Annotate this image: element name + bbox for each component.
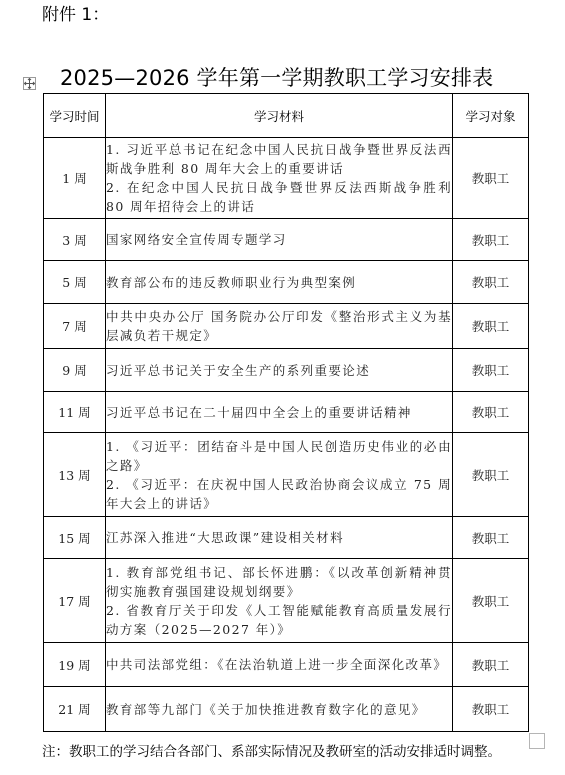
study-target: 教职工: [453, 138, 529, 219]
document-title: 2025—2026 学年第一学期教职工学习安排表: [60, 62, 530, 94]
study-week: 5 周: [44, 261, 106, 304]
header-study-materials: 学习材料: [106, 94, 453, 138]
study-materials: 教育部等九部门《关于加快推进教育数字化的意见》: [106, 687, 453, 732]
study-week: 19 周: [44, 643, 106, 687]
study-materials: 习近平总书记关于安全生产的系列重要论述: [106, 349, 453, 392]
table-row: 13 周1. 《习近平：团结奋斗是中国人民创造历史伟业的必由之路》2. 《习近平…: [44, 433, 529, 517]
material-item: 教育部等九部门《关于加快推进教育数字化的意见》: [106, 700, 452, 719]
paragraph-end-marker-icon: [529, 733, 545, 749]
study-materials: 1. 习近平总书记在纪念中国人民抗日战争暨世界反法西斯战争胜利 80 周年大会上…: [106, 138, 453, 219]
table-row: 1 周1. 习近平总书记在纪念中国人民抗日战争暨世界反法西斯战争胜利 80 周年…: [44, 138, 529, 219]
study-target: 教职工: [453, 643, 529, 687]
material-item: 2. 《习近平：在庆祝中国人民政治协商会议成立 75 周年大会上的讲话》: [106, 475, 452, 513]
study-target: 教职工: [453, 219, 529, 261]
material-item: 1. 习近平总书记在纪念中国人民抗日战争暨世界反法西斯战争胜利 80 周年大会上…: [106, 140, 452, 178]
study-target: 教职工: [453, 517, 529, 559]
material-item: 1. 教育部党组书记、部长怀进鹏：《以改革创新精神贯彻实施教育强国建设规划纲要》: [106, 563, 452, 601]
material-item: 习近平总书记在二十届四中全会上的重要讲话精神: [106, 403, 452, 422]
table-row: 19 周中共司法部党组：《在法治轨道上进一步全面深化改革》教职工: [44, 643, 529, 687]
table-row: 5 周教育部公布的违反教师职业行为典型案例教职工: [44, 261, 529, 304]
study-week: 7 周: [44, 304, 106, 349]
footnote: 注：教职工的学习结合各部门、系部实际情况及教研室的活动安排适时调整。: [42, 741, 501, 763]
table-row: 11 周习近平总书记在二十届四中全会上的重要讲话精神教职工: [44, 392, 529, 433]
study-materials: 教育部公布的违反教师职业行为典型案例: [106, 261, 453, 304]
study-week: 13 周: [44, 433, 106, 517]
study-materials: 江苏深入推进“大思政课”建设相关材料: [106, 517, 453, 559]
study-week: 17 周: [44, 559, 106, 643]
table-row: 21 周教育部等九部门《关于加快推进教育数字化的意见》教职工: [44, 687, 529, 732]
study-target: 教职工: [453, 392, 529, 433]
header-study-target: 学习对象: [453, 94, 529, 138]
material-item: 教育部公布的违反教师职业行为典型案例: [106, 273, 452, 292]
study-target: 教职工: [453, 687, 529, 732]
material-item: 中共司法部党组：《在法治轨道上进一步全面深化改革》: [106, 655, 452, 674]
study-week: 1 周: [44, 138, 106, 219]
study-week: 15 周: [44, 517, 106, 559]
study-target: 教职工: [453, 349, 529, 392]
study-target: 教职工: [453, 304, 529, 349]
table-row: 17 周1. 教育部党组书记、部长怀进鹏：《以改革创新精神贯彻实施教育强国建设规…: [44, 559, 529, 643]
material-item: 国家网络安全宣传周专题学习: [106, 230, 452, 249]
study-target: 教职工: [453, 433, 529, 517]
study-materials: 国家网络安全宣传周专题学习: [106, 219, 453, 261]
study-week: 9 周: [44, 349, 106, 392]
study-target: 教职工: [453, 559, 529, 643]
table-row: 15 周江苏深入推进“大思政课”建设相关材料教职工: [44, 517, 529, 559]
table-header-row: 学习时间 学习材料 学习对象: [44, 94, 529, 138]
schedule-table: 学习时间 学习材料 学习对象 1 周1. 习近平总书记在纪念中国人民抗日战争暨世…: [43, 93, 529, 732]
study-materials: 中共中央办公厅 国务院办公厅印发《整治形式主义为基层减负若干规定》: [106, 304, 453, 349]
study-materials: 1. 《习近平：团结奋斗是中国人民创造历史伟业的必由之路》2. 《习近平：在庆祝…: [106, 433, 453, 517]
material-item: 中共中央办公厅 国务院办公厅印发《整治形式主义为基层减负若干规定》: [106, 307, 452, 345]
material-item: 2. 在纪念中国人民抗日战争暨世界反法西斯战争胜利 80 周年招待会上的讲话: [106, 178, 452, 216]
study-week: 21 周: [44, 687, 106, 732]
header-study-time: 学习时间: [44, 94, 106, 138]
study-week: 11 周: [44, 392, 106, 433]
table-row: 7 周中共中央办公厅 国务院办公厅印发《整治形式主义为基层减负若干规定》教职工: [44, 304, 529, 349]
attachment-label: 附件 1：: [42, 3, 109, 27]
material-item: 1. 《习近平：团结奋斗是中国人民创造历史伟业的必由之路》: [106, 437, 452, 475]
study-materials: 中共司法部党组：《在法治轨道上进一步全面深化改革》: [106, 643, 453, 687]
material-item: 2. 省教育厅关于印发《人工智能赋能教育高质量发展行动方案（2025—2027 …: [106, 601, 452, 639]
study-materials: 习近平总书记在二十届四中全会上的重要讲话精神: [106, 392, 453, 433]
study-materials: 1. 教育部党组书记、部长怀进鹏：《以改革创新精神贯彻实施教育强国建设规划纲要》…: [106, 559, 453, 643]
material-item: 习近平总书记关于安全生产的系列重要论述: [106, 361, 452, 380]
study-target: 教职工: [453, 261, 529, 304]
table-row: 9 周习近平总书记关于安全生产的系列重要论述教职工: [44, 349, 529, 392]
table-move-handle-icon[interactable]: [23, 77, 36, 90]
study-week: 3 周: [44, 219, 106, 261]
table-row: 3 周国家网络安全宣传周专题学习教职工: [44, 219, 529, 261]
material-item: 江苏深入推进“大思政课”建设相关材料: [106, 528, 452, 547]
